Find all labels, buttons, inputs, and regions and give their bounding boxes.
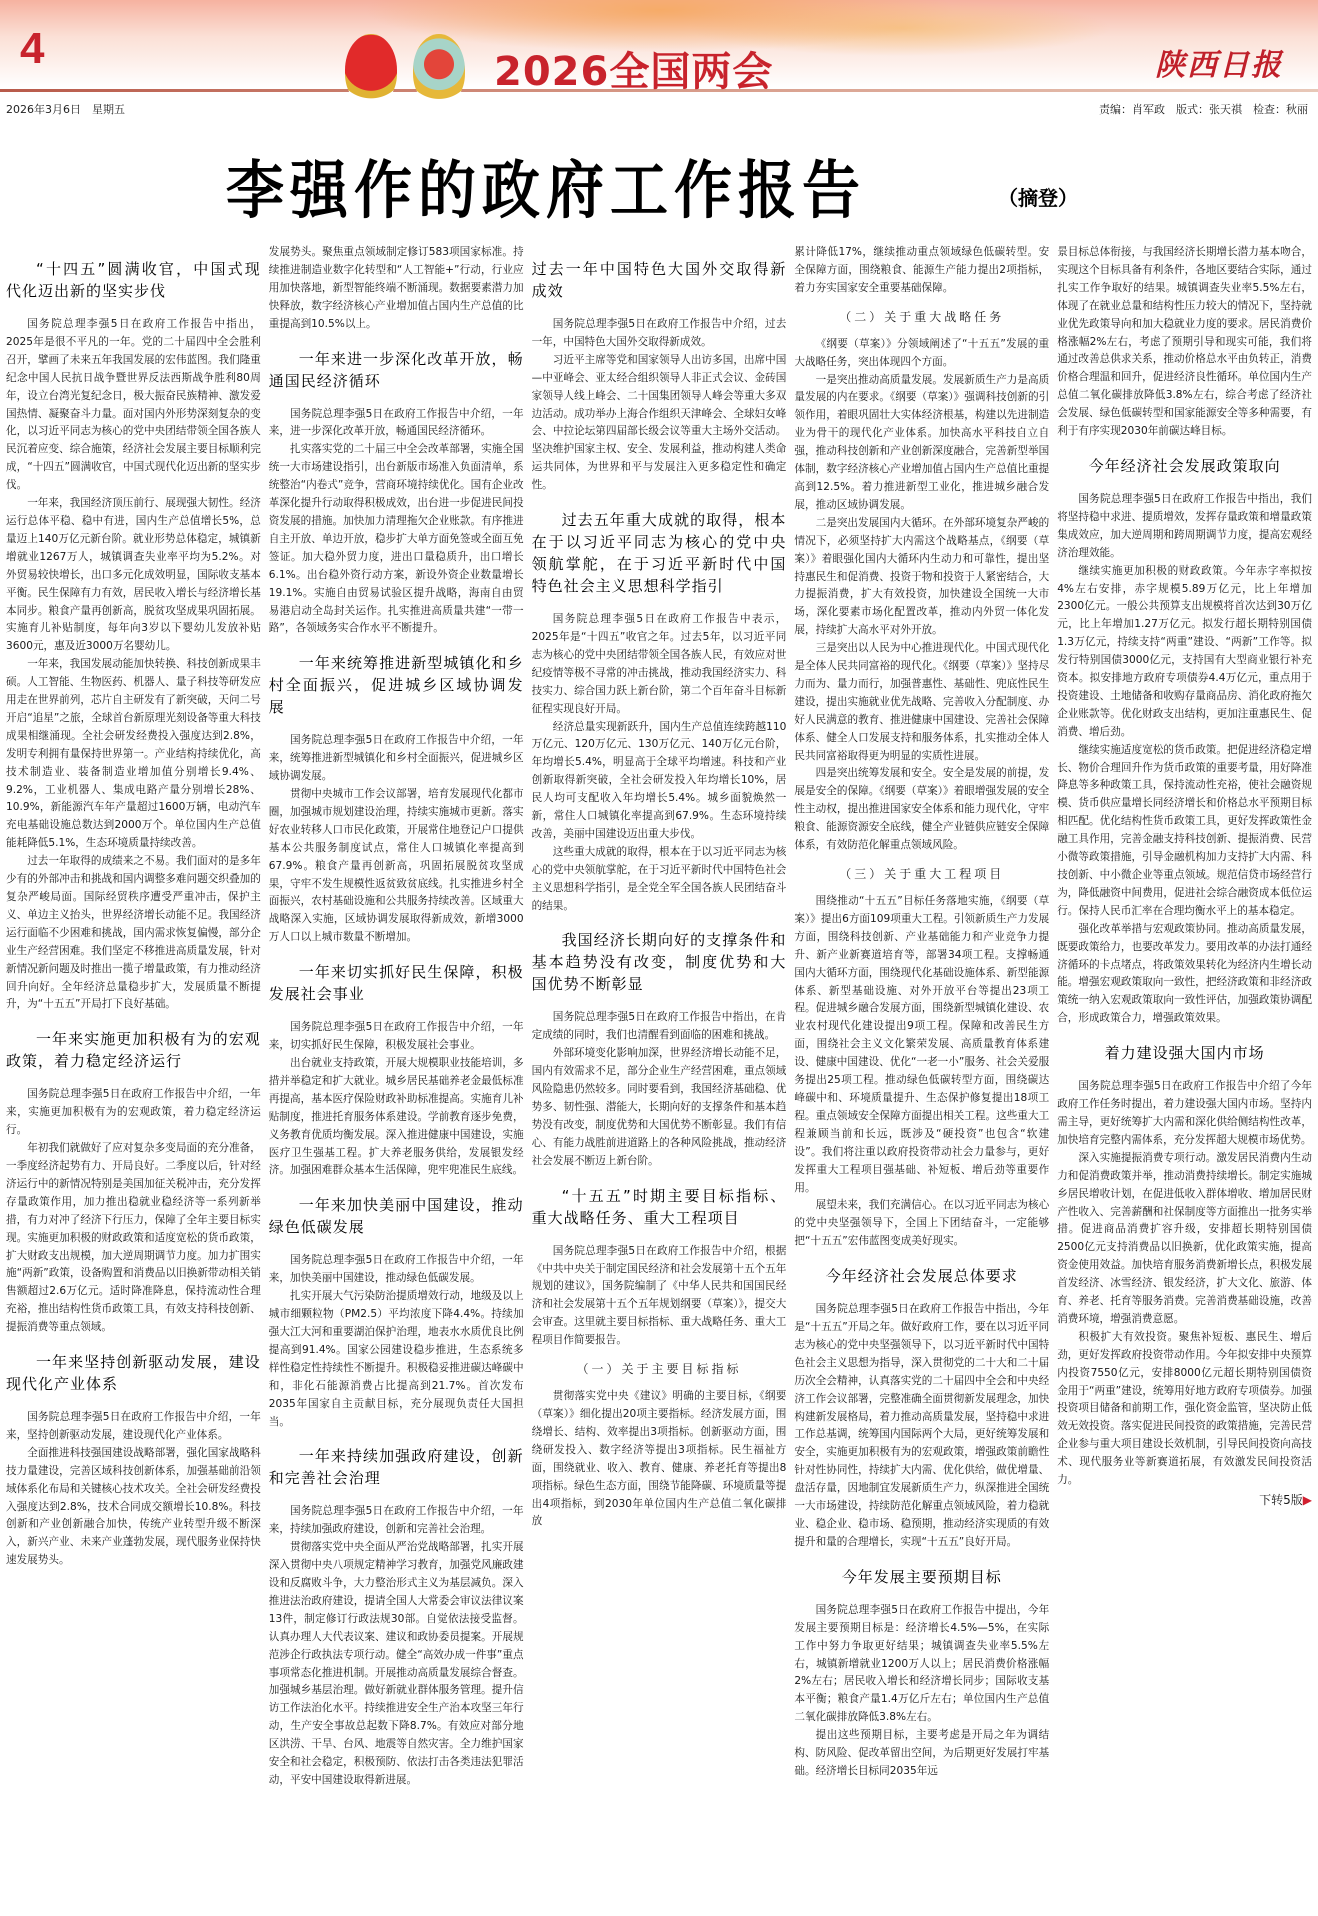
- section-heading: 一年来坚持创新驱动发展，建设现代化产业体系: [6, 1351, 261, 1395]
- paragraph: 国务院总理李强5日在政府工作报告中介绍，一年来，切实抓好民生保障，积极发展社会事…: [269, 1019, 524, 1055]
- section-heading: 一年来加快美丽中国建设，推动绿色低碳发展: [269, 1194, 524, 1238]
- article-headline: 李强作的政府工作报告: [226, 140, 866, 231]
- paragraph: 经济总量实现新跃升，国内生产总值连续跨越110万亿元、120万亿元、130万亿元…: [532, 719, 787, 844]
- paragraph: 国务院总理李强5日在政府工作报告中指出，在肯定成绩的同时，我们也清醒看到面临的困…: [532, 1009, 787, 1045]
- paragraph: 一年来，我国经济顶压前行、展现强大韧性。经济运行总体平稳、稳中有进，国内生产总值…: [6, 495, 261, 656]
- subsection-heading: （三）关于重大工程项目: [794, 865, 1049, 883]
- continued-link[interactable]: 下转5版▶: [1057, 1492, 1312, 1510]
- paragraph: 国务院总理李强5日在政府工作报告中介绍，一年来，统筹推进新型城镇化和乡村全面振兴…: [269, 732, 524, 786]
- paragraph: 三是突出以人民为中心推进现代化。中国式现代化是全体人民共同富裕的现代化。《纲要（…: [794, 640, 1049, 765]
- paragraph: 四是突出统筹发展和安全。安全是发展的前提，发展是安全的保障。《纲要（草案）》着眼…: [794, 765, 1049, 855]
- paragraph: 围绕推动“十五五”目标任务落地实施，《纲要（草案）》提出6方面109项重大工程。…: [794, 893, 1049, 1197]
- column-3: 过去一年中国特色大国外交取得新成效国务院总理李强5日在政府工作报告中介绍，过去一…: [532, 244, 787, 1916]
- dateline: 2026年3月6日 星期五: [6, 101, 125, 117]
- paragraph: 一是突出推动高质量发展。发展新质生产力是高质量发展的内在要求。《纲要（草案）》强…: [794, 372, 1049, 515]
- section-heading: 一年来统筹推进新型城镇化和乡村全面振兴，促进城乡区域协调发展: [269, 652, 524, 718]
- article-subhead: （摘登）: [998, 182, 1078, 211]
- paragraph: 二是突出发展国内大循环。在外部环境复杂严峻的情况下，必须坚持扩大内需这个战略基点…: [794, 515, 1049, 640]
- paragraph: 习近平主席等党和国家领导人出访多国，出席中国—中亚峰会、亚太经合组织领导人非正式…: [532, 352, 787, 495]
- paragraph: 继续实施适度宽松的货币政策。把促进经济稳定增长、物价合理回升作为货币政策的重要考…: [1057, 742, 1312, 921]
- paragraph: 过去一年取得的成绩来之不易。我们面对的是多年少有的外部冲击和挑战和国内调整多难问…: [6, 853, 261, 1014]
- editor-credits: 责编：肖军政 版式：张天祺 检查：秋丽: [1099, 101, 1308, 117]
- column-4: 累计降低17%，继续推动重点领域绿色低碳转型。安全保障方面，围绕粮食、能源生产能…: [794, 244, 1049, 1916]
- paragraph: 展望未来，我们充满信心。在以习近平同志为核心的党中央坚强领导下，全国上下团结奋斗…: [794, 1197, 1049, 1251]
- paragraph: 扎实开展大气污染防治提质增效行动，地级及以上城市细颗粒物（PM2.5）平均浓度下…: [269, 1288, 524, 1431]
- paragraph: 贯彻落实党中央《建议》明确的主要目标，《纲要（草案）》细化提出20项主要指标。经…: [532, 1388, 787, 1531]
- paragraph: 扎实落实党的二十届三中全会改革部署，实施全国统一大市场建设指引，出台新版市场准入…: [269, 441, 524, 638]
- section-heading: “十四五”圆满收官，中国式现代化迈出新的坚实步伐: [6, 258, 261, 302]
- paragraph: 年初我们就做好了应对复杂多变局面的充分准备，一季度经济起势有力、开局良好。二季度…: [6, 1140, 261, 1337]
- continued-label: 下转5版: [1259, 1493, 1303, 1507]
- section-heading: 一年来进一步深化改革开放，畅通国民经济循环: [269, 348, 524, 392]
- paragraph: 一年来，我国发展动能加快转换、科技创新成果丰硕。人工智能、生物医药、机器人、量子…: [6, 656, 261, 853]
- section-heading: 今年经济社会发展总体要求: [794, 1265, 1049, 1287]
- section-heading: 今年经济社会发展政策取向: [1057, 455, 1312, 477]
- paragraph: 这些重大成就的取得，根本在于以习近平同志为核心的党中央领航掌舵，在于习近平新时代…: [532, 844, 787, 916]
- national-emblem-icon: [345, 34, 397, 106]
- paragraph: 国务院总理李强5日在政府工作报告中介绍，一年来，加快美丽中国建设，推动绿色低碳发…: [269, 1252, 524, 1288]
- paragraph: 国务院总理李强5日在政府工作报告中表示，2025年是“十四五”收官之年。过去5年…: [532, 611, 787, 718]
- column-2: 发展势头。聚焦重点领域制定修订583项国家标准。持续推进制造业数字化转型和“人工…: [269, 244, 524, 1916]
- paragraph: 强化改革举措与宏观政策协同。推动高质量发展，既要政策给力，也要改革发力。要用改革…: [1057, 921, 1312, 1028]
- paragraph: 贯彻落实党中央全面从严治党战略部署，扎实开展深入贯彻中央八项规定精神学习教育，加…: [269, 1539, 524, 1790]
- paragraph: 国务院总理李强5日在政府工作报告中介绍，一年来，持续加强政府建设，创新和完善社会…: [269, 1503, 524, 1539]
- section-heading: 今年发展主要预期目标: [794, 1566, 1049, 1588]
- paragraph: 出台就业支持政策，开展大规模职业技能培训，多措并举稳定和扩大就业。城乡居民基础养…: [269, 1055, 524, 1180]
- cppcc-emblem-icon: [413, 34, 465, 106]
- triangle-right-icon: ▶: [1303, 1493, 1312, 1507]
- paragraph: 国务院总理李强5日在政府工作报告中介绍，一年来，进一步深化改革开放，畅通国民经济…: [269, 406, 524, 442]
- paragraph: 国务院总理李强5日在政府工作报告中介绍，一年来，坚持创新驱动发展，建设现代化产业…: [6, 1409, 261, 1445]
- section-heading: 一年来实施更加积极有为的宏观政策，着力稳定经济运行: [6, 1028, 261, 1072]
- paragraph: 国务院总理李强5日在政府工作报告中介绍，过去一年，中国特色大国外交取得新成效。: [532, 316, 787, 352]
- paragraph: 国务院总理李强5日在政府工作报告中指出，今年是“十五五”开局之年。做好政府工作，…: [794, 1301, 1049, 1552]
- paragraph: 积极扩大有效投资。聚焦补短板、惠民生、增后劲，更好发挥政府投资带动作用。今年拟安…: [1057, 1329, 1312, 1490]
- newspaper-logo: 陕西日报: [1155, 40, 1283, 84]
- subsection-heading: （二）关于重大战略任务: [794, 308, 1049, 326]
- paragraph: 累计降低17%，继续推动重点领域绿色低碳转型。安全保障方面，围绕粮食、能源生产能…: [794, 244, 1049, 298]
- paragraph: 贯彻中央城市工作会议部署，培育发展现代化都市圈，加强城市规划建设治理，持续实施城…: [269, 786, 524, 947]
- subsection-heading: （一）关于主要目标指标: [532, 1360, 787, 1378]
- section-heading: 一年来切实抓好民生保障，积极发展社会事业: [269, 961, 524, 1005]
- paragraph: 国务院总理李强5日在政府工作报告中介绍了今年政府工作任务时提出，着力建设强大国内…: [1057, 1078, 1312, 1150]
- section-heading: “十五五”时期主要目标指标、重大战略任务、重大工程项目: [532, 1185, 787, 1229]
- paragraph: 深入实施提振消费专项行动。激发居民消费内生动力和促消费政策并举，推动消费持续增长…: [1057, 1150, 1312, 1329]
- paragraph: 提出这些预期目标，主要考虑是开局之年为调结构、防风险、促改革留出空间，为后期更好…: [794, 1727, 1049, 1781]
- paragraph: 《纲要（草案）》分领域阐述了“十五五”发展的重大战略任务，突出体现四个方面。: [794, 336, 1049, 372]
- paragraph: 国务院总理李强5日在政府工作报告中指出，2025年是很不平凡的一年。党的二十届四…: [6, 316, 261, 495]
- article-columns: “十四五”圆满收官，中国式现代化迈出新的坚实步伐国务院总理李强5日在政府工作报告…: [0, 244, 1318, 1916]
- paragraph: 外部环境变化影响加深，世界经济增长动能不足，国内有效需求不足，部分企业生产经营困…: [532, 1045, 787, 1170]
- page-number: 4: [20, 24, 44, 74]
- paragraph: 景目标总体衔接，与我国经济长期增长潜力基本吻合，实现这个目标具备有利条件，各地区…: [1057, 244, 1312, 441]
- section-heading: 着力建设强大国内市场: [1057, 1042, 1312, 1064]
- paragraph: 全面推进科技强国建设战略部署，强化国家战略科技力量建设，完善区域科技创新体系，加…: [6, 1445, 261, 1570]
- paragraph: 继续实施更加积极的财政政策。今年赤字率拟按4%左右安排，赤字规模5.89万亿元，…: [1057, 563, 1312, 742]
- section-heading: 过去一年中国特色大国外交取得新成效: [532, 258, 787, 302]
- paragraph: 国务院总理李强5日在政府工作报告中提出，今年发展主要预期目标是：经济增长4.5%…: [794, 1602, 1049, 1727]
- column-5: 景目标总体衔接，与我国经济长期增长潜力基本吻合，实现这个目标具备有利条件，各地区…: [1057, 244, 1312, 1916]
- paragraph: 国务院总理李强5日在政府工作报告中指出，我们将坚持稳中求进、提质增效，发挥存量政…: [1057, 491, 1312, 563]
- section-heading: 我国经济长期向好的支撑条件和基本趋势没有改变，制度优势和大国优势不断彰显: [532, 929, 787, 995]
- paragraph: 发展势头。聚焦重点领域制定修订583项国家标准。持续推进制造业数字化转型和“人工…: [269, 244, 524, 334]
- paragraph: 国务院总理李强5日在政府工作报告中介绍，一年来，实施更加积极有为的宏观政策，着力…: [6, 1086, 261, 1140]
- section-title: 2026全国两会: [494, 40, 773, 97]
- section-heading: 过去五年重大成就的取得，根本在于以习近平同志为核心的党中央领航掌舵，在于习近平新…: [532, 509, 787, 597]
- section-heading: 一年来持续加强政府建设，创新和完善社会治理: [269, 1445, 524, 1489]
- column-1: “十四五”圆满收官，中国式现代化迈出新的坚实步伐国务院总理李强5日在政府工作报告…: [6, 244, 261, 1916]
- paragraph: 国务院总理李强5日在政府工作报告中介绍，根据《中共中央关于制定国民经济和社会发展…: [532, 1243, 787, 1350]
